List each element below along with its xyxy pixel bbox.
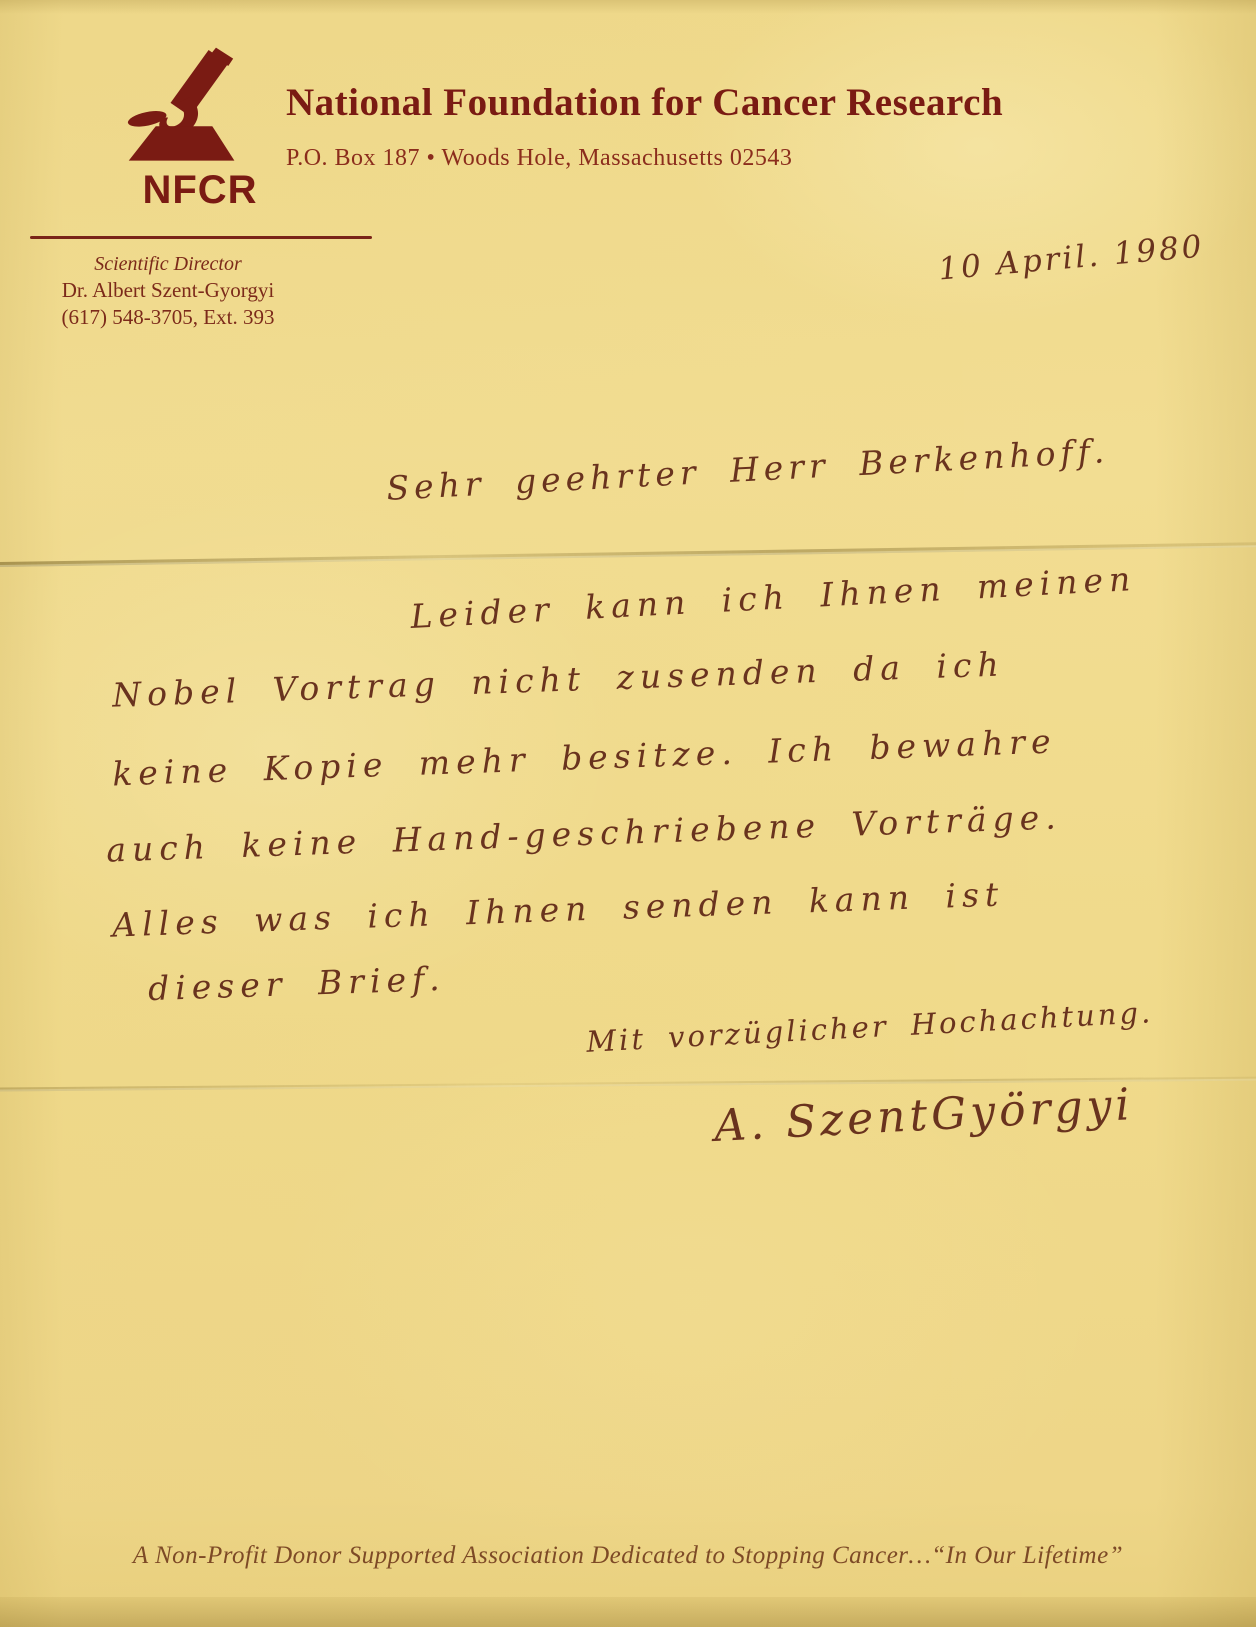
director-title: Scientific Director — [18, 252, 318, 277]
scanned-letter-page: NFCR National Foundation for Cancer Rese… — [0, 0, 1256, 1627]
handwritten-date: 10 April. 1980 — [937, 228, 1206, 287]
scan-top-shadow — [0, 0, 1256, 14]
director-name: Dr. Albert Szent-Gyorgyi — [18, 277, 318, 304]
director-block: Scientific Director Dr. Albert Szent-Gyo… — [18, 252, 318, 331]
director-phone: (617) 548-3705, Ext. 393 — [18, 304, 318, 331]
body-line: Alles was ich Ihnen senden kann ist — [112, 874, 1005, 944]
body-line: Nobel Vortrag nicht zusenden da ich — [112, 644, 1006, 714]
org-address: P.O. Box 187 • Woods Hole, Massachusetts… — [286, 145, 792, 172]
body-line: Leider kann ich Ihnen meinen — [409, 559, 1137, 636]
body-line: auch keine Hand-geschriebene Vorträge. — [106, 797, 1063, 869]
signature: A. SzentGyörgyi — [713, 1079, 1135, 1152]
body-line: dieser Brief. — [147, 959, 446, 1008]
closing-line: Mit vorzüglicher Hochachtung. — [585, 995, 1153, 1059]
body-line: keine Kopie mehr besitze. Ich bewahre — [112, 722, 1058, 794]
letterhead-divider — [30, 236, 372, 239]
greeting-line: Sehr geehrter Herr Berkenhoff. — [385, 431, 1110, 508]
microscope-icon — [114, 46, 286, 172]
org-name: National Foundation for Cancer Research — [286, 80, 1146, 125]
scan-bottom-shadow — [0, 1597, 1256, 1627]
nfcr-logo: NFCR — [92, 46, 308, 210]
nfcr-logo-text: NFCR — [92, 170, 308, 210]
footer-tagline: A Non-Profit Donor Supported Association… — [0, 1542, 1256, 1570]
